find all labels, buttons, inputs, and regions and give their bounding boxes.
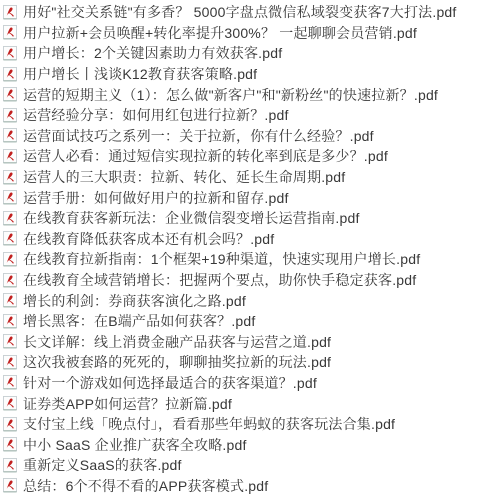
file-row[interactable]: 长文详解：线上消费金融产品获客与运营之道.pdf <box>0 332 486 353</box>
file-name-link[interactable]: 用户增长丨浅谈K12教育获客策略.pdf <box>23 64 257 84</box>
file-name-link[interactable]: 用户拉新+会员唤醒+转化率提升300%？ 一起聊聊会员营销.pdf <box>23 23 417 43</box>
file-row[interactable]: 用好"社交关系链"有多香？ 5000字盘点微信私域裂变获客7大打法.pdf <box>0 2 486 23</box>
pdf-file-icon <box>3 458 17 473</box>
file-name-link[interactable]: 运营的短期主义（1）：怎么做"新客户"和"新粉丝"的快速拉新？.pdf <box>23 85 438 105</box>
file-row[interactable]: 在线教育全域营销增长：把握两个要点，助你快手稳定获客.pdf <box>0 270 486 291</box>
file-name-link[interactable]: 在线教育获客新玩法：企业微信裂变增长运营指南.pdf <box>23 208 360 228</box>
file-row[interactable]: 用户增长：2个关键因素助力有效获客.pdf <box>0 43 486 64</box>
file-row[interactable]: 运营手册：如何做好用户的拉新和留存.pdf <box>0 187 486 208</box>
file-row[interactable]: 运营经验分享：如何用红包进行拉新？.pdf <box>0 105 486 126</box>
file-row[interactable]: 用户增长丨浅谈K12教育获客策略.pdf <box>0 64 486 85</box>
file-row[interactable]: 运营人的三大职责：拉新、转化、延长生命周期.pdf <box>0 167 486 188</box>
file-row[interactable]: 增长黑客：在B端产品如何获客？.pdf <box>0 311 486 332</box>
file-row[interactable]: 这次我被套路的死死的，聊聊抽奖拉新的玩法.pdf <box>0 352 486 373</box>
pdf-file-icon <box>3 108 17 123</box>
file-row[interactable]: 在线教育拉新指南：1个框架+19种渠道，快速实现用户增长.pdf <box>0 249 486 270</box>
pdf-file-icon <box>3 211 17 226</box>
file-name-link[interactable]: 运营人的三大职责：拉新、转化、延长生命周期.pdf <box>23 167 345 187</box>
file-name-link[interactable]: 运营面试技巧之系列一：关于拉新，你有什么经验？.pdf <box>23 126 374 146</box>
pdf-file-icon <box>3 170 17 185</box>
pdf-file-icon <box>3 46 17 61</box>
pdf-file-icon <box>3 314 17 329</box>
pdf-file-icon <box>3 396 17 411</box>
file-name-link[interactable]: 用好"社交关系链"有多香？ 5000字盘点微信私域裂变获客7大打法.pdf <box>23 2 457 22</box>
file-name-link[interactable]: 支付宝上线「晚点付」，看看那些年蚂蚁的获客玩法合集.pdf <box>23 414 395 434</box>
pdf-file-icon <box>3 231 17 246</box>
file-row[interactable]: 增长的利剑：券商获客演化之路.pdf <box>0 290 486 311</box>
file-row[interactable]: 运营人必看：通过短信实现拉新的转化率到底是多少？.pdf <box>0 146 486 167</box>
file-row[interactable]: 运营的短期主义（1）：怎么做"新客户"和"新粉丝"的快速拉新？.pdf <box>0 84 486 105</box>
file-name-link[interactable]: 运营手册：如何做好用户的拉新和留存.pdf <box>23 188 289 208</box>
file-row[interactable]: 用户拉新+会员唤醒+转化率提升300%？ 一起聊聊会员营销.pdf <box>0 23 486 44</box>
pdf-file-icon <box>3 273 17 288</box>
file-row[interactable]: 支付宝上线「晚点付」，看看那些年蚂蚁的获客玩法合集.pdf <box>0 414 486 435</box>
file-row[interactable]: 在线教育降低获客成本还有机会吗？.pdf <box>0 229 486 250</box>
file-row[interactable]: 证券类APP如何运营？拉新篇.pdf <box>0 393 486 414</box>
file-name-link[interactable]: 这次我被套路的死死的，聊聊抽奖拉新的玩法.pdf <box>23 352 331 372</box>
file-name-link[interactable]: 增长的利剑：券商获客演化之路.pdf <box>23 291 246 311</box>
pdf-file-icon <box>3 128 17 143</box>
file-row[interactable]: 重新定义SaaS的获客.pdf <box>0 455 486 476</box>
pdf-file-icon <box>3 149 17 164</box>
pdf-file-icon <box>3 5 17 20</box>
file-list: 用好"社交关系链"有多香？ 5000字盘点微信私域裂变获客7大打法.pdf 用户… <box>0 0 486 497</box>
file-name-link[interactable]: 针对一个游戏如何选择最适合的获客渠道？.pdf <box>23 373 317 393</box>
file-name-link[interactable]: 总结：6个不得不看的APP获客模式.pdf <box>23 476 268 496</box>
pdf-file-icon <box>3 478 17 493</box>
pdf-file-icon <box>3 334 17 349</box>
file-row[interactable]: 总结：6个不得不看的APP获客模式.pdf <box>0 476 486 497</box>
file-row[interactable]: 在线教育获客新玩法：企业微信裂变增长运营指南.pdf <box>0 208 486 229</box>
file-name-link[interactable]: 证券类APP如何运营？拉新篇.pdf <box>23 394 232 414</box>
pdf-file-icon <box>3 87 17 102</box>
file-name-link[interactable]: 运营经验分享：如何用红包进行拉新？.pdf <box>23 105 289 125</box>
pdf-file-icon <box>3 375 17 390</box>
pdf-file-icon <box>3 417 17 432</box>
pdf-file-icon <box>3 437 17 452</box>
pdf-file-icon <box>3 25 17 40</box>
file-name-link[interactable]: 在线教育拉新指南：1个框架+19种渠道，快速实现用户增长.pdf <box>23 249 420 269</box>
file-name-link[interactable]: 长文详解：线上消费金融产品获客与运营之道.pdf <box>23 332 331 352</box>
pdf-file-icon <box>3 190 17 205</box>
file-name-link[interactable]: 在线教育全域营销增长：把握两个要点，助你快手稳定获客.pdf <box>23 270 416 290</box>
pdf-file-icon <box>3 355 17 370</box>
file-row[interactable]: 中小 SaaS 企业推广获客全攻略.pdf <box>0 434 486 455</box>
file-name-link[interactable]: 在线教育降低获客成本还有机会吗？.pdf <box>23 229 274 249</box>
file-name-link[interactable]: 用户增长：2个关键因素助力有效获客.pdf <box>23 43 282 63</box>
pdf-file-icon <box>3 252 17 267</box>
file-row[interactable]: 运营面试技巧之系列一：关于拉新，你有什么经验？.pdf <box>0 126 486 147</box>
pdf-file-icon <box>3 67 17 82</box>
file-name-link[interactable]: 增长黑客：在B端产品如何获客？.pdf <box>23 311 256 331</box>
file-name-link[interactable]: 运营人必看：通过短信实现拉新的转化率到底是多少？.pdf <box>23 146 388 166</box>
file-row[interactable]: 针对一个游戏如何选择最适合的获客渠道？.pdf <box>0 373 486 394</box>
pdf-file-icon <box>3 293 17 308</box>
file-name-link[interactable]: 中小 SaaS 企业推广获客全攻略.pdf <box>23 435 247 455</box>
file-name-link[interactable]: 重新定义SaaS的获客.pdf <box>23 455 182 475</box>
